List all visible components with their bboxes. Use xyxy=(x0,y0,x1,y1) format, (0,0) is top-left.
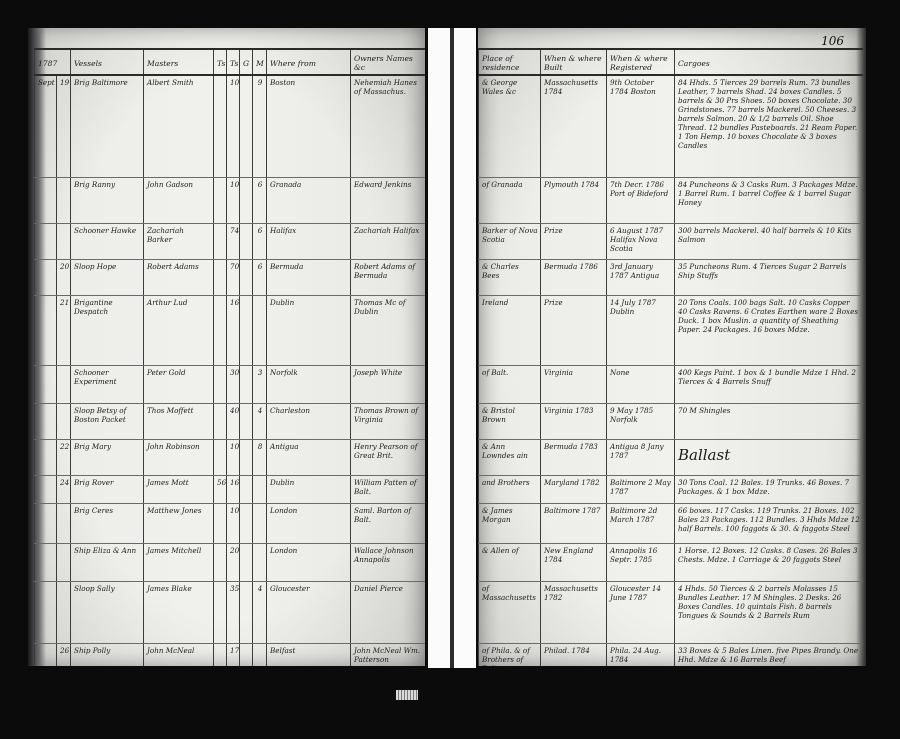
day-cell xyxy=(57,177,71,223)
header-tons-b: Ts xyxy=(227,49,240,75)
vessel-cell: Ship Polly xyxy=(71,643,144,666)
from-cell: Boston xyxy=(267,75,351,177)
table-row: Sept 19 Brig Baltimore Albert Smith 100 … xyxy=(35,75,426,177)
header-owners: Owners Names &c xyxy=(351,49,425,75)
tons-b-cell: 35 xyxy=(227,581,240,643)
day-cell: 24 xyxy=(57,475,71,503)
tons-a-cell: 56 xyxy=(214,475,227,503)
table-row: of Massachusetts Massachusetts 1782 Glou… xyxy=(479,581,863,643)
table-row: of Balt. Virginia None 400 Kegs Paint. 1… xyxy=(479,365,863,403)
table-row: Barker of Nova Scotia Prize 6 August 178… xyxy=(479,223,863,259)
guns-cell xyxy=(240,75,253,177)
guns-cell xyxy=(240,475,253,503)
registered-cell: Baltimore 2d March 1787 xyxy=(607,503,675,543)
master-cell: Zachariah Barker xyxy=(144,223,214,259)
master-cell: John McNeal xyxy=(144,643,214,666)
day-cell: 21 xyxy=(57,295,71,365)
residence-cell: Ireland xyxy=(479,295,541,365)
month-cell xyxy=(35,543,57,581)
master-cell: Albert Smith xyxy=(144,75,214,177)
cargo-cell: 66 boxes. 117 Casks. 119 Trunks. 21 Boxe… xyxy=(675,503,863,543)
tons-b-cell: 108 xyxy=(227,177,240,223)
owner-cell: Henry Pearson of Great Brit. xyxy=(351,439,425,475)
vessel-cell: Schooner Hawke xyxy=(71,223,144,259)
owner-cell: Joseph White xyxy=(351,365,425,403)
tons-a-cell xyxy=(214,177,227,223)
from-cell: Antigua xyxy=(267,439,351,475)
master-cell: James Mott xyxy=(144,475,214,503)
tons-b-cell: 30 xyxy=(227,365,240,403)
built-cell: Prize xyxy=(541,223,607,259)
tons-a-cell xyxy=(214,403,227,439)
tons-a-cell xyxy=(214,643,227,666)
month-cell xyxy=(35,403,57,439)
day-cell xyxy=(57,365,71,403)
tons-a-cell xyxy=(214,439,227,475)
guns-cell xyxy=(240,177,253,223)
month-cell xyxy=(35,581,57,643)
tons-a-cell xyxy=(214,259,227,295)
built-cell: Massachusetts 1784 xyxy=(541,75,607,177)
registered-cell: Gloucester 14 June 1787 xyxy=(607,581,675,643)
owner-cell: Zachariah Halifax xyxy=(351,223,425,259)
table-row: & Allen of New England 1784 Annapolis 16… xyxy=(479,543,863,581)
cargo-cell: 84 Puncheons & 3 Casks Rum. 3 Packages M… xyxy=(675,177,863,223)
residence-cell: & James Morgan xyxy=(479,503,541,543)
owner-cell: John McNeal Wm. Patterson xyxy=(351,643,425,666)
month-cell xyxy=(35,259,57,295)
master-cell: John Robinson xyxy=(144,439,214,475)
vessel-cell: Sloop Sally xyxy=(71,581,144,643)
table-row: & Ann Lowndes ain Bermuda 1783 Antigua 8… xyxy=(479,439,863,475)
month-cell xyxy=(35,365,57,403)
tons-a-cell xyxy=(214,365,227,403)
built-cell: New England 1784 xyxy=(541,543,607,581)
tons-b-cell: 40 xyxy=(227,403,240,439)
built-cell: Massachusetts 1782 xyxy=(541,581,607,643)
table-row: 22 Brig Mary John Robinson 106 8 Antigua… xyxy=(35,439,426,475)
owner-cell: Saml. Barton of Balt. xyxy=(351,503,425,543)
table-row: and Brothers Maryland 1782 Baltimore 2 M… xyxy=(479,475,863,503)
table-row: & Charles Bees Bermuda 1786 3rd January … xyxy=(479,259,863,295)
vessel-cell: Ship Eliza & Ann xyxy=(71,543,144,581)
from-cell: Belfast xyxy=(267,643,351,666)
cargo-cell: 35 Puncheons Rum. 4 Tierces Sugar 2 Barr… xyxy=(675,259,863,295)
tons-a-cell xyxy=(214,503,227,543)
table-row: Schooner Hawke Zachariah Barker 74 6 Hal… xyxy=(35,223,426,259)
header-tons-a: Ts xyxy=(214,49,227,75)
table-row: 26 Ship Polly John McNeal 170 Belfast Jo… xyxy=(35,643,426,666)
registered-cell: 9 May 1785 Norfolk xyxy=(607,403,675,439)
right-page: 106 Place of residence When & where Buil… xyxy=(478,28,866,666)
month-cell: Sept xyxy=(35,75,57,177)
guns-cell xyxy=(240,543,253,581)
table-row: of Granada Plymouth 1784 7th Decr. 1786 … xyxy=(479,177,863,223)
tons-a-cell xyxy=(214,75,227,177)
day-cell xyxy=(57,503,71,543)
registered-cell: 7th Decr. 1786 Port of Bideford xyxy=(607,177,675,223)
vessel-cell: Schooner Experiment xyxy=(71,365,144,403)
table-row: & James Morgan Baltimore 1787 Baltimore … xyxy=(479,503,863,543)
vessel-cell: Brig Baltimore xyxy=(71,75,144,177)
month-cell xyxy=(35,223,57,259)
master-cell: Arthur Lud xyxy=(144,295,214,365)
from-cell: Dublin xyxy=(267,295,351,365)
master-cell: Matthew Jones xyxy=(144,503,214,543)
day-cell: 26 xyxy=(57,643,71,666)
residence-cell: & Ann Lowndes ain xyxy=(479,439,541,475)
registry-table: Place of residence When & where Built Wh… xyxy=(478,48,863,666)
men-cell xyxy=(253,543,267,581)
master-cell: James Mitchell xyxy=(144,543,214,581)
built-cell: Virginia xyxy=(541,365,607,403)
month-cell xyxy=(35,475,57,503)
from-cell: Granada xyxy=(267,177,351,223)
men-cell: 3 xyxy=(253,365,267,403)
table-row: of Phila. & of Brothers of Balt. Philad.… xyxy=(479,643,863,666)
guns-cell xyxy=(240,643,253,666)
owner-cell: William Patten of Balt. xyxy=(351,475,425,503)
men-cell: 9 xyxy=(253,75,267,177)
residence-cell: & George Wales &c xyxy=(479,75,541,177)
owner-cell: Edward Jenkins xyxy=(351,177,425,223)
tons-b-cell: 108 xyxy=(227,503,240,543)
month-cell xyxy=(35,177,57,223)
header-masters: Masters xyxy=(144,49,214,75)
residence-cell: of Massachusetts xyxy=(479,581,541,643)
from-cell: Gloucester xyxy=(267,581,351,643)
master-cell: James Blake xyxy=(144,581,214,643)
cargo-cell: Ballast xyxy=(675,439,863,475)
men-cell xyxy=(253,503,267,543)
residence-cell: & Allen of xyxy=(479,543,541,581)
month-cell xyxy=(35,503,57,543)
header-men: M xyxy=(253,49,267,75)
header-where-from: Where from xyxy=(267,49,351,75)
owner-cell: Robert Adams of Bermuda xyxy=(351,259,425,295)
cargo-cell: 1 Horse. 12 Boxes. 12 Casks. 8 Cases. 26… xyxy=(675,543,863,581)
guns-cell xyxy=(240,503,253,543)
guns-cell xyxy=(240,439,253,475)
tons-b-cell: 167 xyxy=(227,295,240,365)
vessel-cell: Brig Mary xyxy=(71,439,144,475)
header-registered: When & where Registered xyxy=(607,49,675,75)
tons-b-cell: 100 xyxy=(227,75,240,177)
cargo-cell: 300 barrels Mackerel. 40 half barrels & … xyxy=(675,223,863,259)
men-cell xyxy=(253,643,267,666)
table-row: Sloop Sally James Blake 35 4 Gloucester … xyxy=(35,581,426,643)
men-cell: 8 xyxy=(253,439,267,475)
residence-cell: of Phila. & of Brothers of Balt. xyxy=(479,643,541,666)
from-cell: Norfolk xyxy=(267,365,351,403)
owner-cell: Thomas Mc of Dublin xyxy=(351,295,425,365)
master-cell: Thos Moffett xyxy=(144,403,214,439)
vessel-table: 1787 Vessels Masters Ts Ts G M Where fro… xyxy=(34,48,425,666)
registered-cell: Baltimore 2 May 1787 xyxy=(607,475,675,503)
built-cell: Baltimore 1787 xyxy=(541,503,607,543)
month-cell xyxy=(35,439,57,475)
header-row: 1787 Vessels Masters Ts Ts G M Where fro… xyxy=(35,49,426,75)
day-cell: 19 xyxy=(57,75,71,177)
registered-cell: 6 August 1787 Halifax Nova Scotia xyxy=(607,223,675,259)
from-cell: London xyxy=(267,503,351,543)
men-cell xyxy=(253,295,267,365)
men-cell xyxy=(253,475,267,503)
from-cell: Dublin xyxy=(267,475,351,503)
owner-cell: Nehemiah Hanes of Massachus. xyxy=(351,75,425,177)
guns-cell xyxy=(240,365,253,403)
registered-cell: Phila. 24 Aug. 1784 xyxy=(607,643,675,666)
vessel-cell: Brig Ceres xyxy=(71,503,144,543)
day-cell xyxy=(57,543,71,581)
day-cell: 22 xyxy=(57,439,71,475)
tons-a-cell xyxy=(214,581,227,643)
registered-cell: 3rd January 1787 Antigua xyxy=(607,259,675,295)
guns-cell xyxy=(240,581,253,643)
guns-cell xyxy=(240,259,253,295)
table-row: Schooner Experiment Peter Gold 30 3 Norf… xyxy=(35,365,426,403)
header-vessels: Vessels xyxy=(71,49,144,75)
residence-cell: Barker of Nova Scotia xyxy=(479,223,541,259)
header-guns: G xyxy=(240,49,253,75)
cargo-cell: 400 Kegs Paint. 1 box & 1 bundle Mdze 1 … xyxy=(675,365,863,403)
guns-cell xyxy=(240,295,253,365)
men-cell: 4 xyxy=(253,403,267,439)
header-built: When & where Built xyxy=(541,49,607,75)
residence-cell: of Balt. xyxy=(479,365,541,403)
cargo-cell: 70 M Shingles xyxy=(675,403,863,439)
residence-cell: and Brothers xyxy=(479,475,541,503)
built-cell: Prize xyxy=(541,295,607,365)
table-row: 24 Brig Rover James Mott 56 164 Dublin W… xyxy=(35,475,426,503)
men-cell: 6 xyxy=(253,259,267,295)
cargo-cell: 33 Boxes & 5 Bales Linen. five Pipes Bra… xyxy=(675,643,863,666)
built-cell: Philad. 1784 xyxy=(541,643,607,666)
table-row: Ireland Prize 14 July 1787 Dublin 20 Ton… xyxy=(479,295,863,365)
scanner-label-tab xyxy=(396,690,418,700)
built-cell: Plymouth 1784 xyxy=(541,177,607,223)
header-year: 1787 xyxy=(35,49,71,75)
gutter-strip-left xyxy=(428,28,450,668)
registered-cell: Antigua 8 Jany 1787 xyxy=(607,439,675,475)
table-row: Brig Ceres Matthew Jones 108 London Saml… xyxy=(35,503,426,543)
cargo-cell: 4 Hhds. 50 Tierces & 2 barrels Molasses … xyxy=(675,581,863,643)
master-cell: John Gadson xyxy=(144,177,214,223)
owner-cell: Thomas Brown of Virginia xyxy=(351,403,425,439)
day-cell: 20 xyxy=(57,259,71,295)
tons-b-cell: 164 xyxy=(227,475,240,503)
registered-cell: 14 July 1787 Dublin xyxy=(607,295,675,365)
table-row: 21 Brigantine Despatch Arthur Lud 167 Du… xyxy=(35,295,426,365)
tons-b-cell: 106 xyxy=(227,439,240,475)
day-cell xyxy=(57,223,71,259)
tons-a-cell xyxy=(214,543,227,581)
vessel-cell: Brig Ranny xyxy=(71,177,144,223)
vessel-cell: Brigantine Despatch xyxy=(71,295,144,365)
men-cell: 6 xyxy=(253,223,267,259)
header-residence: Place of residence xyxy=(479,49,541,75)
registered-cell: Annapolis 16 Septr. 1785 xyxy=(607,543,675,581)
vessel-cell: Sloop Hope xyxy=(71,259,144,295)
page-number: 106 xyxy=(821,34,844,48)
vessel-cell: Sloop Betsy of Boston Packet xyxy=(71,403,144,439)
table-row: & George Wales &c Massachusetts 1784 9th… xyxy=(479,75,863,177)
registered-cell: None xyxy=(607,365,675,403)
residence-cell: of Granada xyxy=(479,177,541,223)
built-cell: Bermuda 1786 xyxy=(541,259,607,295)
owner-cell: Wallace Johnson Annapolis xyxy=(351,543,425,581)
month-cell xyxy=(35,295,57,365)
gutter-strip-right xyxy=(454,28,476,668)
built-cell: Virginia 1783 xyxy=(541,403,607,439)
tons-b-cell: 74 xyxy=(227,223,240,259)
tons-b-cell: 70 xyxy=(227,259,240,295)
table-row: 20 Sloop Hope Robert Adams 70 6 Bermuda … xyxy=(35,259,426,295)
master-cell: Robert Adams xyxy=(144,259,214,295)
built-cell: Bermuda 1783 xyxy=(541,439,607,475)
from-cell: London xyxy=(267,543,351,581)
table-row: Sloop Betsy of Boston Packet Thos Moffet… xyxy=(35,403,426,439)
cargo-cell: 20 Tons Coals. 100 bags Salt. 10 Casks C… xyxy=(675,295,863,365)
header-row: Place of residence When & where Built Wh… xyxy=(479,49,863,75)
guns-cell xyxy=(240,403,253,439)
guns-cell xyxy=(240,223,253,259)
day-cell xyxy=(57,581,71,643)
month-cell xyxy=(35,643,57,666)
table-row: Ship Eliza & Ann James Mitchell 202 Lond… xyxy=(35,543,426,581)
from-cell: Halifax xyxy=(267,223,351,259)
from-cell: Bermuda xyxy=(267,259,351,295)
master-cell: Peter Gold xyxy=(144,365,214,403)
residence-cell: & Bristol Brown xyxy=(479,403,541,439)
built-cell: Maryland 1782 xyxy=(541,475,607,503)
header-cargoes: Cargoes xyxy=(675,49,863,75)
cargo-cell: 30 Tons Coal. 12 Bales. 19 Trunks. 46 Bo… xyxy=(675,475,863,503)
tons-a-cell xyxy=(214,295,227,365)
tons-b-cell: 170 xyxy=(227,643,240,666)
table-row: Brig Ranny John Gadson 108 6 Granada Edw… xyxy=(35,177,426,223)
owner-cell: Daniel Pierce xyxy=(351,581,425,643)
tons-a-cell xyxy=(214,223,227,259)
men-cell: 4 xyxy=(253,581,267,643)
men-cell: 6 xyxy=(253,177,267,223)
registered-cell: 9th October 1784 Boston xyxy=(607,75,675,177)
left-page: 1787 Vessels Masters Ts Ts G M Where fro… xyxy=(28,28,425,666)
day-cell xyxy=(57,403,71,439)
residence-cell: & Charles Bees xyxy=(479,259,541,295)
book-spine xyxy=(450,28,454,668)
cargo-cell: 84 Hhds. 5 Tierces 29 barrels Rum. 73 bu… xyxy=(675,75,863,177)
tons-b-cell: 202 xyxy=(227,543,240,581)
vessel-cell: Brig Rover xyxy=(71,475,144,503)
from-cell: Charleston xyxy=(267,403,351,439)
table-row: & Bristol Brown Virginia 1783 9 May 1785… xyxy=(479,403,863,439)
